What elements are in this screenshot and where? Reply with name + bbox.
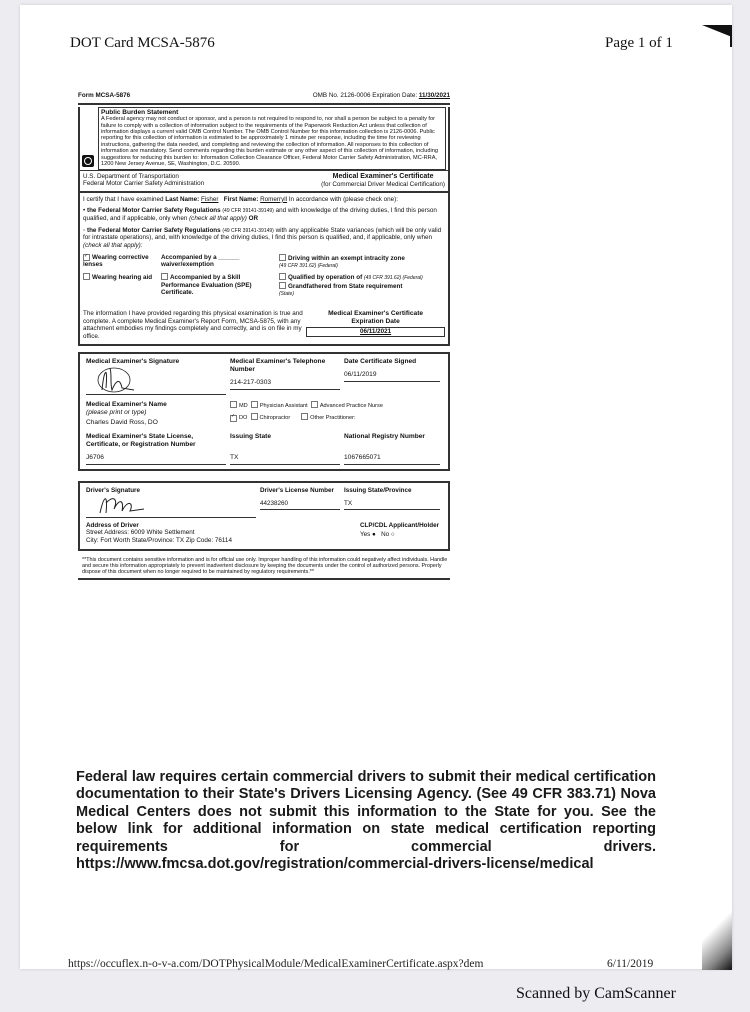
practitioner-type: MD Physician Assistant Advanced Practice…	[230, 401, 440, 427]
conditions-grid: Wearing corrective lenses Accompanied by…	[83, 254, 445, 298]
page-number: Page 1 of 1	[605, 35, 673, 52]
driver-signature	[86, 495, 256, 518]
examiner-section: Medical Examiner's Signature Medical Exa…	[78, 352, 450, 471]
burden-text: A Federal agency may not conduct or spon…	[101, 116, 443, 167]
federal-law-note: Federal law requires certain commercial …	[76, 769, 656, 873]
driver-issuing-field: Issuing State/Province TX	[344, 487, 440, 518]
info-statement-row: The information I have provided regardin…	[83, 310, 445, 341]
driver-address: Address of Driver Street Address: 6009 W…	[86, 522, 232, 545]
examiner-name: Charles David Ross, DO	[86, 419, 226, 427]
examiner-signature	[86, 366, 226, 395]
form-header-row: Form MCSA-5876 OMB No. 2126-0006 Expirat…	[78, 92, 450, 105]
first-name-value: Romerryll	[260, 196, 287, 203]
camscanner-watermark: Scanned by CamScanner	[516, 985, 676, 1003]
condition-waiver: Accompanied by a ______ waiver/exemption	[161, 254, 273, 270]
radio-selected-icon: •	[83, 207, 85, 214]
examiner-signature-field: Medical Examiner's Signature	[86, 358, 226, 395]
driver-license: 44238260	[260, 498, 340, 511]
sensitive-info-notice: **This document contains sensitive infor…	[78, 557, 450, 581]
omb-info: OMB No. 2126-0006 Expiration Date: 11/30…	[313, 92, 450, 100]
date-signed: 06/11/2019	[344, 369, 440, 382]
expiration-date: 06/11/2021	[306, 327, 445, 337]
medical-examiner-certificate-form: Form MCSA-5876 OMB No. 2126-0006 Expirat…	[78, 92, 450, 580]
checkbox-icon	[279, 254, 286, 261]
footer-url: https://occuflex.n-o-v-a.com/DOTPhysical…	[68, 958, 548, 971]
condition-spe: Accompanied by a Skill Performance Evalu…	[161, 273, 273, 298]
driver-signature-field: Driver's Signature	[86, 487, 256, 518]
expiration-box: Medical Examiner's Certificate Expiratio…	[306, 310, 445, 341]
examiner-phone-field: Medical Examiner's Telephone Number 214-…	[230, 358, 340, 395]
checkbox-icon	[279, 282, 286, 289]
scan-corner-shadow	[702, 25, 732, 37]
checkbox-checked-icon	[83, 254, 90, 261]
condition-operation: Qualified by operation of (49 CFR 391.62…	[279, 273, 445, 298]
scan-corner-edge	[730, 25, 732, 47]
checkbox-icon	[279, 273, 286, 280]
condition-intracity: Driving within an exempt intracity zone(…	[279, 254, 445, 270]
certify-statement: I certify that I have examined Last Name…	[83, 196, 445, 204]
form-number: Form MCSA-5876	[78, 92, 130, 100]
document-title: DOT Card MCSA-5876	[70, 35, 215, 52]
certification-section: I certify that I have examined Last Name…	[78, 193, 450, 346]
public-burden-statement: Public Burden Statement A Federal agency…	[98, 107, 446, 170]
omb-expiration: 11/30/2021	[419, 92, 450, 99]
last-name-value: Fisher	[201, 196, 219, 203]
clp-cdl-field: CLP/CDL Applicant/Holder Yes ● No ○	[360, 522, 440, 545]
radio-unselected-icon: ◦	[83, 227, 85, 234]
checkbox-icon	[161, 273, 168, 280]
condition-hearing-aid: Wearing hearing aid	[83, 273, 155, 298]
footer-date: 6/11/2019	[607, 958, 653, 970]
issuing-state-field: Issuing State TX	[230, 433, 340, 465]
driver-issuing-state: TX	[344, 498, 440, 511]
document-page: DOT Card MCSA-5876 Page 1 of 1 Form MCSA…	[20, 5, 732, 969]
agency-name: U.S. Department of Transportation Federa…	[83, 173, 204, 189]
condition-corrective-lenses: Wearing corrective lenses	[83, 254, 155, 270]
registry-field: National Registry Number 1067665071	[344, 433, 440, 465]
option-state-variances: ◦ the Federal Motor Carrier Safety Regul…	[83, 227, 445, 250]
radio-selected-icon: ●	[372, 531, 376, 538]
scan-corner-shadow	[702, 900, 732, 970]
driver-section: Driver's Signature Driver's License Numb…	[78, 481, 450, 551]
option-federal: • the Federal Motor Carrier Safety Regul…	[83, 207, 445, 222]
signature-scribble-icon	[94, 360, 154, 394]
burden-title: Public Burden Statement	[101, 109, 443, 116]
checkbox-icon	[83, 273, 90, 280]
certificate-title: Medical Examiner's Certificate (for Comm…	[321, 173, 445, 189]
radio-unselected-icon: ○	[391, 531, 395, 538]
driver-license-field: Driver's License Number 44238260	[260, 487, 340, 518]
agency-row: U.S. Department of Transportation Federa…	[78, 170, 450, 193]
info-statement: The information I have provided regardin…	[83, 310, 306, 341]
registry-number: 1067665071	[344, 452, 440, 465]
examiner-name-field: Medical Examiner's Name (please print or…	[86, 401, 226, 427]
date-signed-field: Date Certificate Signed 06/11/2019	[344, 358, 440, 395]
issuing-state: TX	[230, 452, 340, 465]
signature-scribble-icon	[94, 489, 164, 517]
checkbox-checked-icon	[230, 415, 237, 422]
license-field: Medical Examiner's State License, Certif…	[86, 433, 226, 465]
burden-section: Public Burden Statement A Federal agency…	[78, 107, 450, 170]
dot-logo-icon	[82, 155, 94, 167]
license-number: J6706	[86, 452, 226, 465]
examiner-phone: 214-217-0303	[230, 377, 340, 390]
